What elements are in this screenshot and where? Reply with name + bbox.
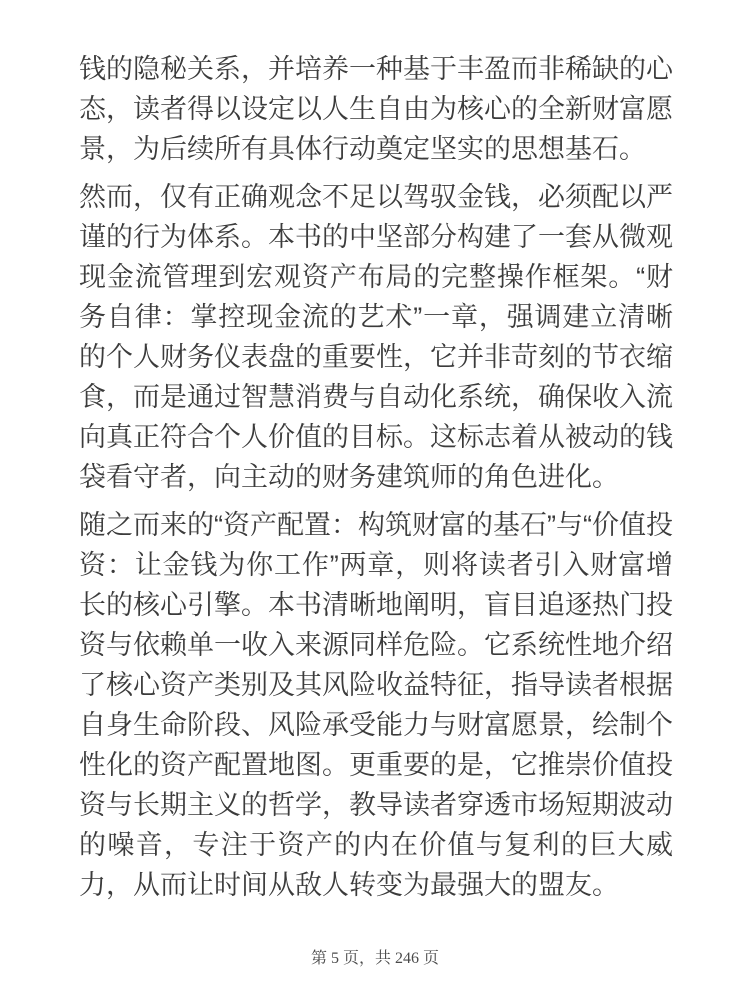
paragraph-1: 钱的隐秘关系，并培养一种基于丰盈而非稀缺的心态，读者得以设定以人生自由为核心的全… [79, 49, 673, 169]
document-page: 钱的隐秘关系，并培养一种基于丰盈而非稀缺的心态，读者得以设定以人生自由为核心的全… [0, 0, 750, 1000]
paragraph-3: 随之而来的“资产配置：构筑财富的基石”与“价值投资：让金钱为你工作”两章，则将读… [79, 505, 673, 905]
page-number-label: 第 5 页，共 246 页 [311, 950, 439, 967]
page-content: 钱的隐秘关系，并培养一种基于丰盈而非稀缺的心态，读者得以设定以人生自由为核心的全… [0, 0, 750, 905]
page-footer: 第 5 页，共 246 页 [0, 951, 750, 967]
paragraph-2: 然而，仅有正确观念不足以驾驭金钱，必须配以严谨的行为体系。本书的中坚部分构建了一… [79, 177, 673, 497]
